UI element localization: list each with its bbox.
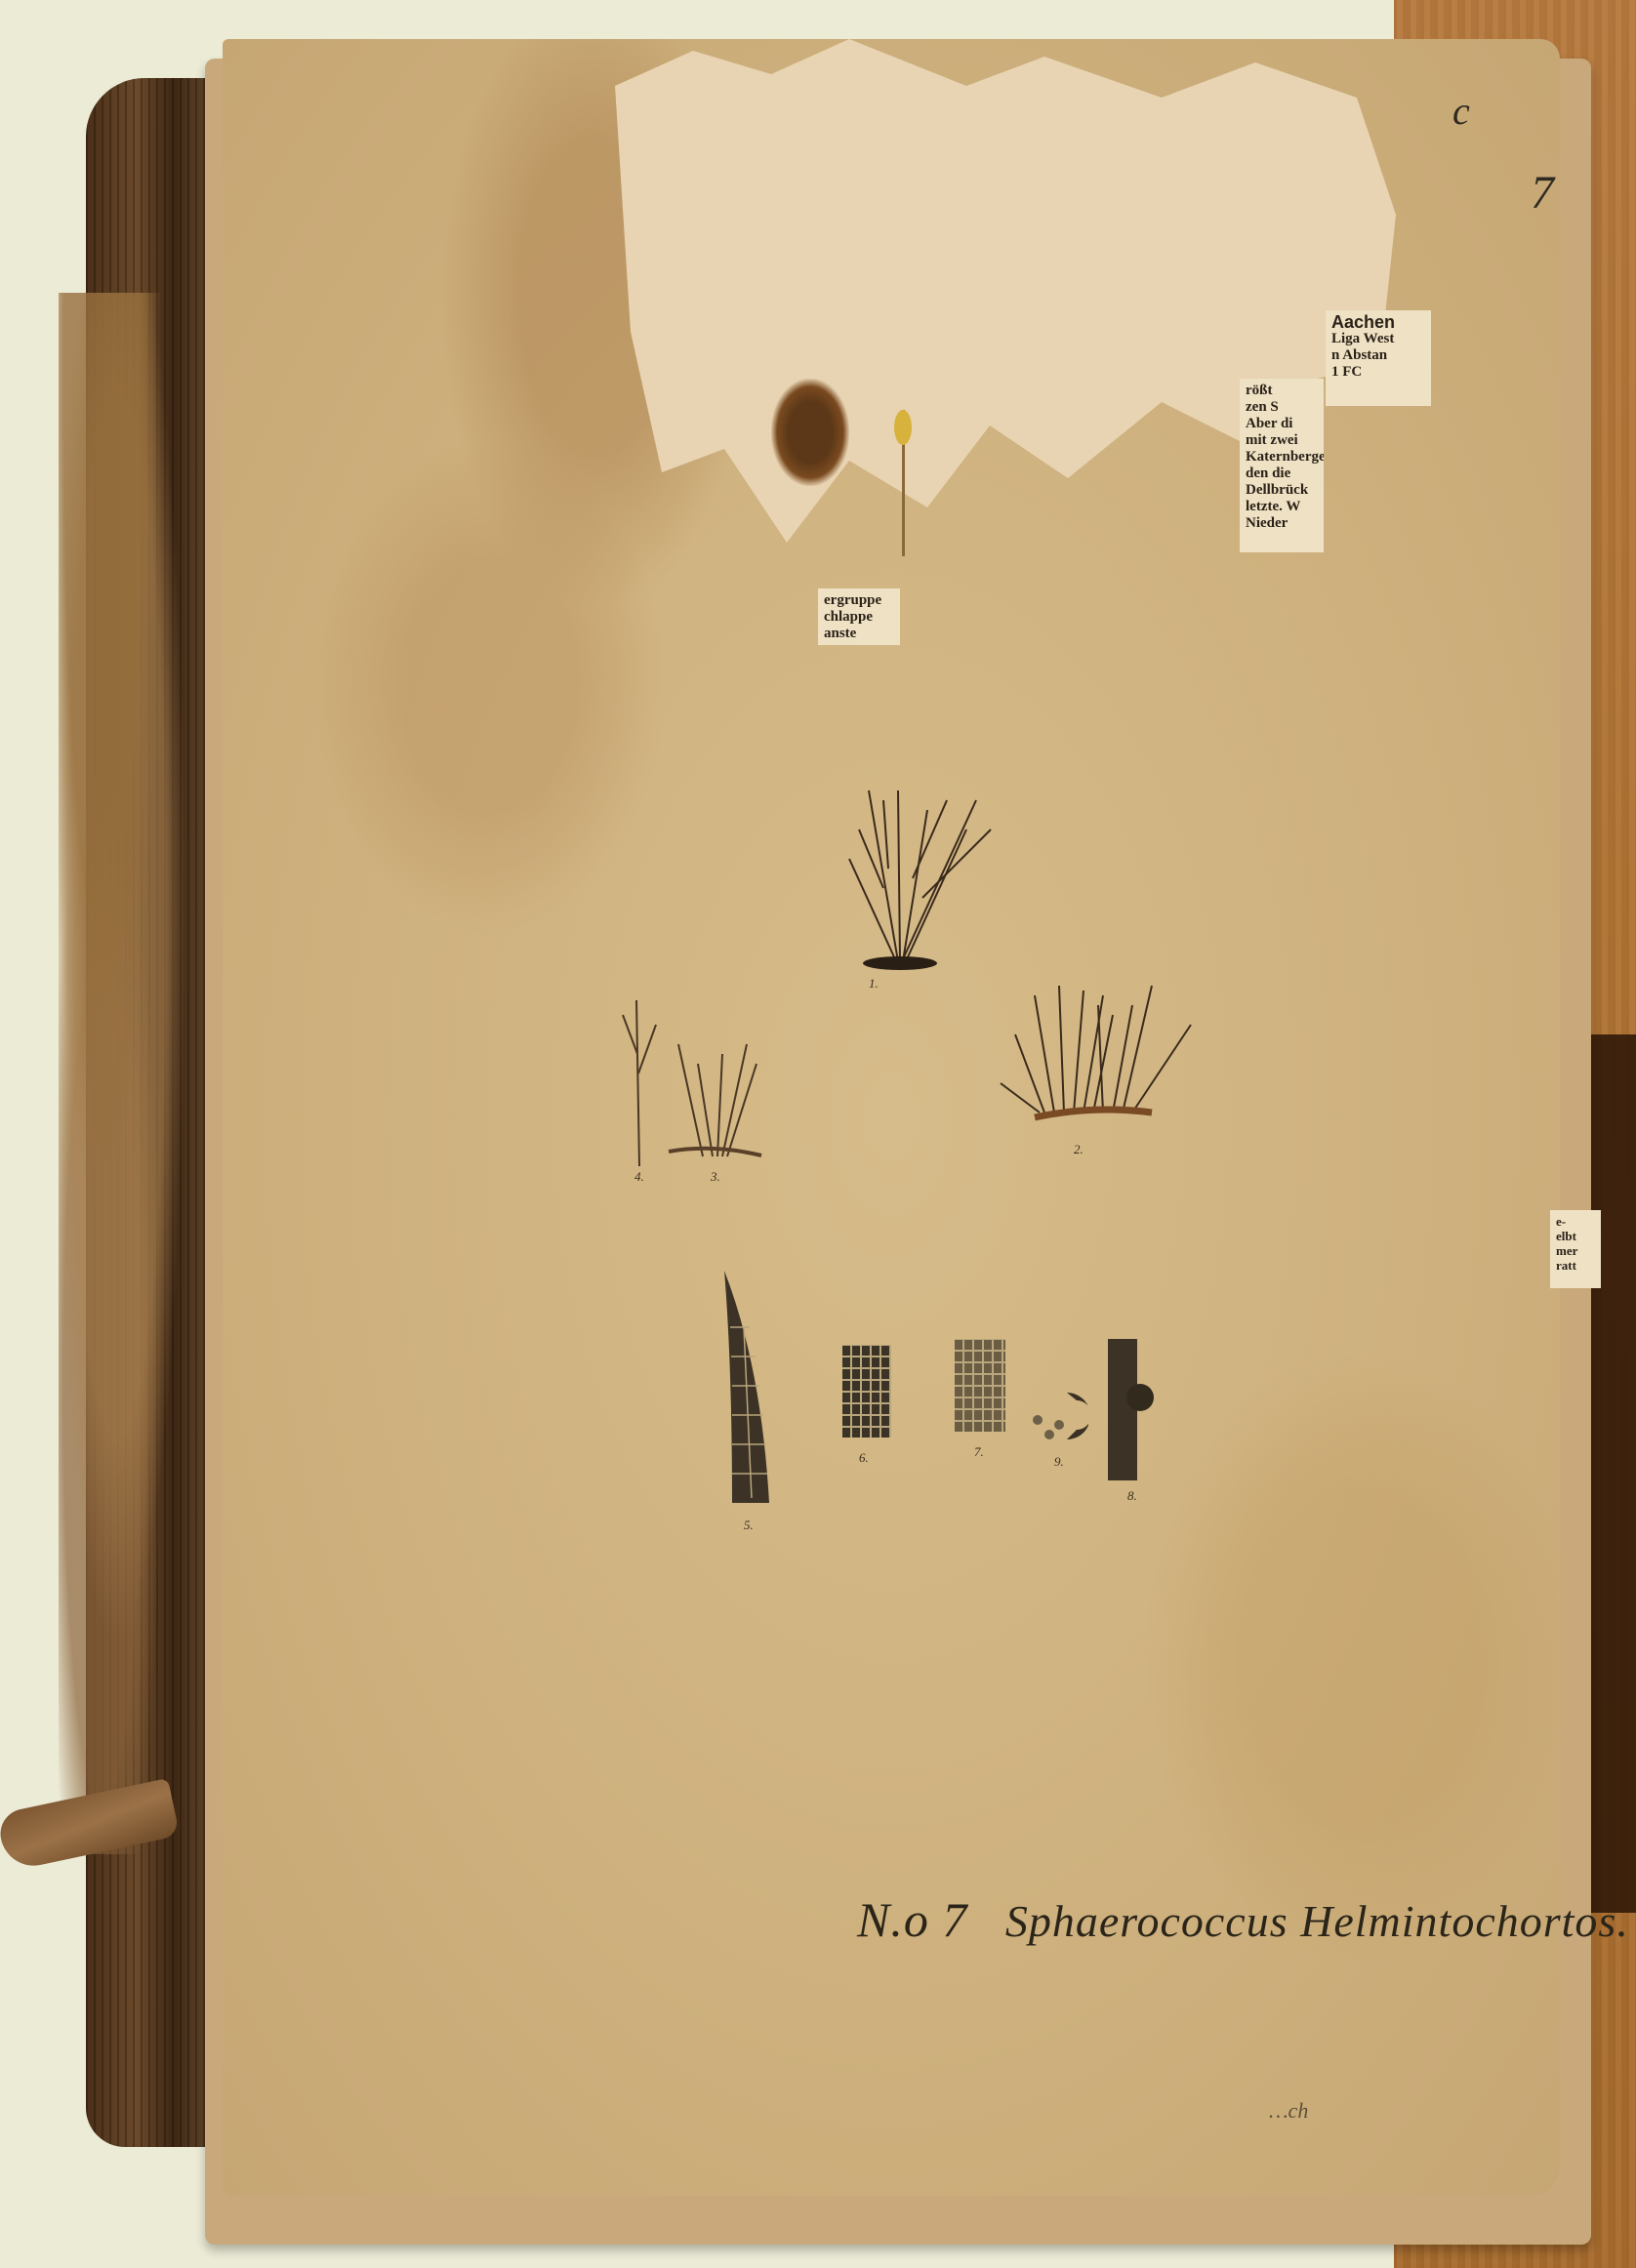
figure-label: 6. xyxy=(859,1450,869,1466)
printer-imprint: …ch xyxy=(1269,2098,1308,2124)
news-line: rößt xyxy=(1246,383,1318,399)
news-line: Dellbrück xyxy=(1246,482,1318,499)
figure-label: 8. xyxy=(1127,1488,1137,1504)
plate-caption: N.o 7 Sphaerococcus Helmintochortos. xyxy=(857,1891,1629,1948)
news-line: ergruppe xyxy=(824,592,894,609)
frayed-spine-fibers xyxy=(59,293,205,1854)
news-line: ratt xyxy=(1556,1258,1595,1273)
news-line: Aber di xyxy=(1246,416,1318,432)
news-line: zen S xyxy=(1246,399,1318,416)
figure-4-single-branch xyxy=(615,995,664,1171)
figure-2-alga-clump xyxy=(996,976,1201,1132)
newspaper-fragment-d: e- elbt mer ratt xyxy=(1550,1210,1601,1288)
corner-handwritten-mark: c xyxy=(1452,88,1470,134)
news-line: n Abstan xyxy=(1331,347,1425,364)
figure-label: 2. xyxy=(1074,1142,1084,1157)
plate-number: N.o 7 xyxy=(857,1892,967,1947)
specimen-residue xyxy=(771,379,849,486)
figure-1-alga-tuft xyxy=(830,771,1005,976)
news-line: Liga West xyxy=(1331,331,1425,347)
news-line: Katernberge xyxy=(1246,449,1318,466)
figure-7-tissue-section xyxy=(955,1339,1005,1432)
figure-label: 4. xyxy=(634,1169,644,1185)
news-line: mer xyxy=(1556,1243,1595,1258)
news-headline: Aachen xyxy=(1331,314,1425,331)
newspaper-fragment-c: ergruppe chlappe anste xyxy=(818,588,900,645)
figure-label: 3. xyxy=(711,1169,720,1185)
news-line: mit zwei xyxy=(1246,432,1318,449)
figure-9-spores xyxy=(1030,1391,1088,1449)
news-line: e- xyxy=(1556,1214,1595,1229)
moss-capsule xyxy=(894,410,912,445)
figure-6-tissue-section xyxy=(842,1345,891,1438)
figure-label: 9. xyxy=(1054,1454,1064,1470)
news-line: Nieder xyxy=(1246,515,1318,532)
species-name: Sphaerococcus Helmintochortos. xyxy=(1005,1896,1629,1946)
newspaper-fragment-a: Aachen Liga West n Abstan 1 FC xyxy=(1326,310,1431,406)
figure-label: 1. xyxy=(869,976,879,992)
figure-label: 7. xyxy=(974,1444,984,1460)
figure-8-stem-with-cystocarp xyxy=(1103,1339,1162,1485)
figure-5-filament-tip xyxy=(722,1269,781,1513)
figure-label: 5. xyxy=(744,1518,754,1533)
news-line: den die xyxy=(1246,466,1318,482)
corner-plate-number: 7 xyxy=(1531,166,1554,220)
news-line: letzte. W xyxy=(1246,499,1318,515)
news-line: elbt xyxy=(1556,1229,1595,1243)
figure-3-small-specimen xyxy=(664,1034,771,1161)
newspaper-fragment-b: rößt zen S Aber di mit zwei Katernberge … xyxy=(1240,379,1324,552)
news-line: chlappe xyxy=(824,609,894,626)
news-line: 1 FC xyxy=(1331,364,1425,381)
news-line: anste xyxy=(824,626,894,642)
